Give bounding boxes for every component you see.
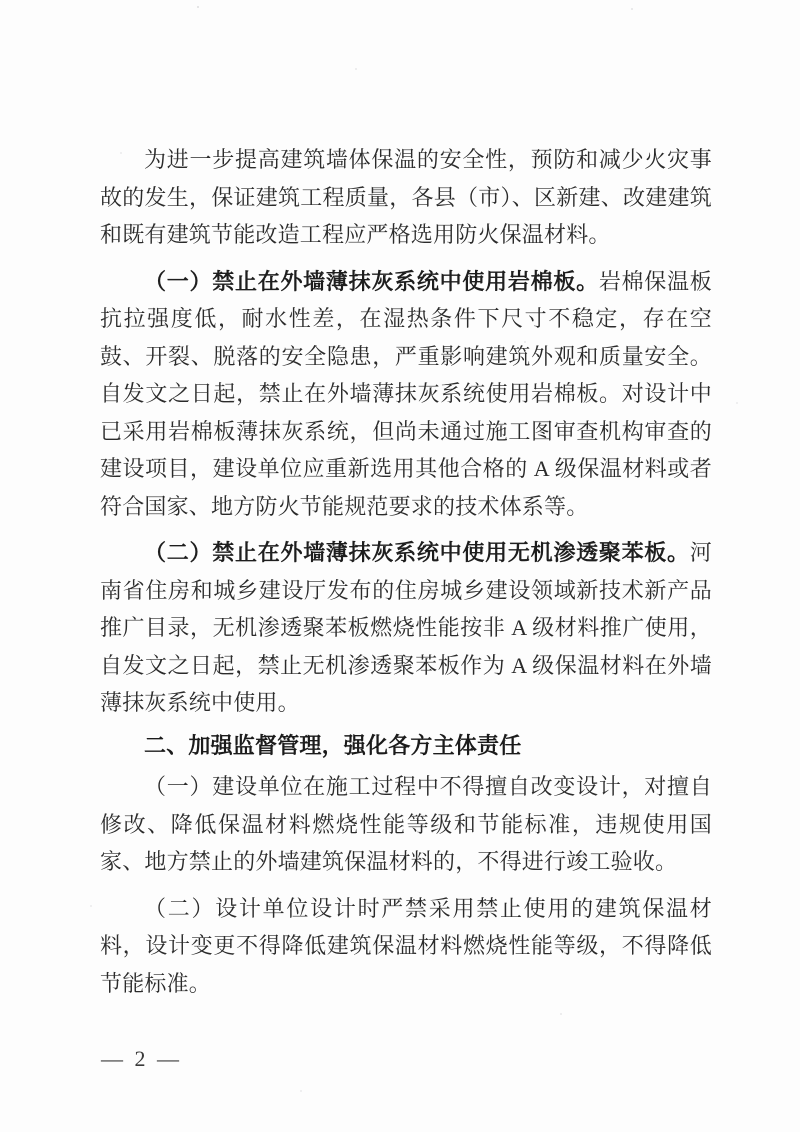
document-body: 为进一步提高建筑墙体保温的安全性，预防和减少火灾事故的发生，保证建筑工程质量，各…: [100, 141, 712, 1011]
text-run: （二）设计单位设计时严禁采用禁止使用的建筑保温材料，设计变更不得降低建筑保温材料…: [100, 896, 712, 996]
scanned-document-page: 为进一步提高建筑墙体保温的安全性，预防和减少火灾事故的发生，保证建筑工程质量，各…: [0, 0, 800, 1132]
text-run: 岩棉保温板抗拉强度低，耐水性差，在湿热条件下尺寸不稳定，存在空鼓、开裂、脱落的安…: [100, 269, 712, 519]
bold-text-run: 二、加强监督管理，强化各方主体责任: [144, 733, 521, 758]
paragraph: （一）禁止在外墙薄抹灰系统中使用岩棉板。岩棉保温板抗拉强度低，耐水性差，在湿热条…: [100, 263, 712, 526]
paragraph: （二）设计单位设计时严禁采用禁止使用的建筑保温材料，设计变更不得降低建筑保温材料…: [100, 890, 712, 1003]
paragraph: 为进一步提高建筑墙体保温的安全性，预防和减少火灾事故的发生，保证建筑工程质量，各…: [100, 141, 712, 254]
section-heading: 二、加强监督管理，强化各方主体责任: [100, 727, 712, 765]
text-run: 河南省住房和城乡建设厅发布的住房城乡建设领域新技术新产品推广目录，无机渗透聚苯板…: [100, 540, 712, 715]
bold-text-run: （二）禁止在外墙薄抹灰系统中使用无机渗透聚苯板。: [144, 540, 690, 565]
paragraph: （二）禁止在外墙薄抹灰系统中使用无机渗透聚苯板。河南省住房和城乡建设厅发布的住房…: [100, 534, 712, 722]
text-run: （一）建设单位在施工过程中不得擅自改变设计，对擅自修改、降低保温材料燃烧性能等级…: [100, 774, 712, 874]
paragraph: （一）建设单位在施工过程中不得擅自改变设计，对擅自修改、降低保温材料燃烧性能等级…: [100, 768, 712, 881]
bold-text-run: （一）禁止在外墙薄抹灰系统中使用岩棉板。: [144, 269, 599, 294]
text-run: 为进一步提高建筑墙体保温的安全性，预防和减少火灾事故的发生，保证建筑工程质量，各…: [100, 147, 712, 247]
page-number: — 2 —: [101, 1044, 182, 1074]
